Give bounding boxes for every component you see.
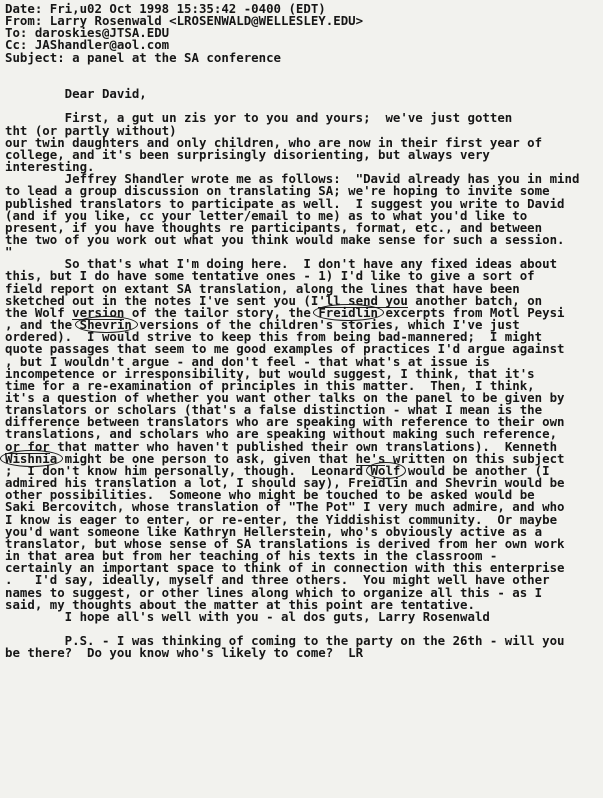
header-line: Subject: a panel at the SA conference <box>5 52 603 64</box>
text-line <box>5 64 603 76</box>
circle-annotation: Shevrin <box>80 319 132 331</box>
email-header-block: Date: Fri,u02 Oct 1998 15:35:42 -0400 (E… <box>5 3 603 64</box>
text-line: be there? Do you know who's likely to co… <box>5 647 603 659</box>
circle-annotation: Freidlin <box>318 307 378 319</box>
circle-annotation: Wishnia <box>5 453 57 465</box>
text-line: college, and it's been surprisingly diso… <box>5 149 603 161</box>
circle-annotation: Wolf <box>371 465 401 477</box>
email-body: Dear David, First, a gut un zis yor to y… <box>5 64 603 660</box>
email-document: Date: Fri,u02 Oct 1998 15:35:42 -0400 (E… <box>0 0 603 798</box>
text-line: Dear David, <box>5 88 603 100</box>
text-line: I hope all's well with you - al dos guts… <box>5 611 603 623</box>
text-line: the two of you work out what you think w… <box>5 234 603 246</box>
